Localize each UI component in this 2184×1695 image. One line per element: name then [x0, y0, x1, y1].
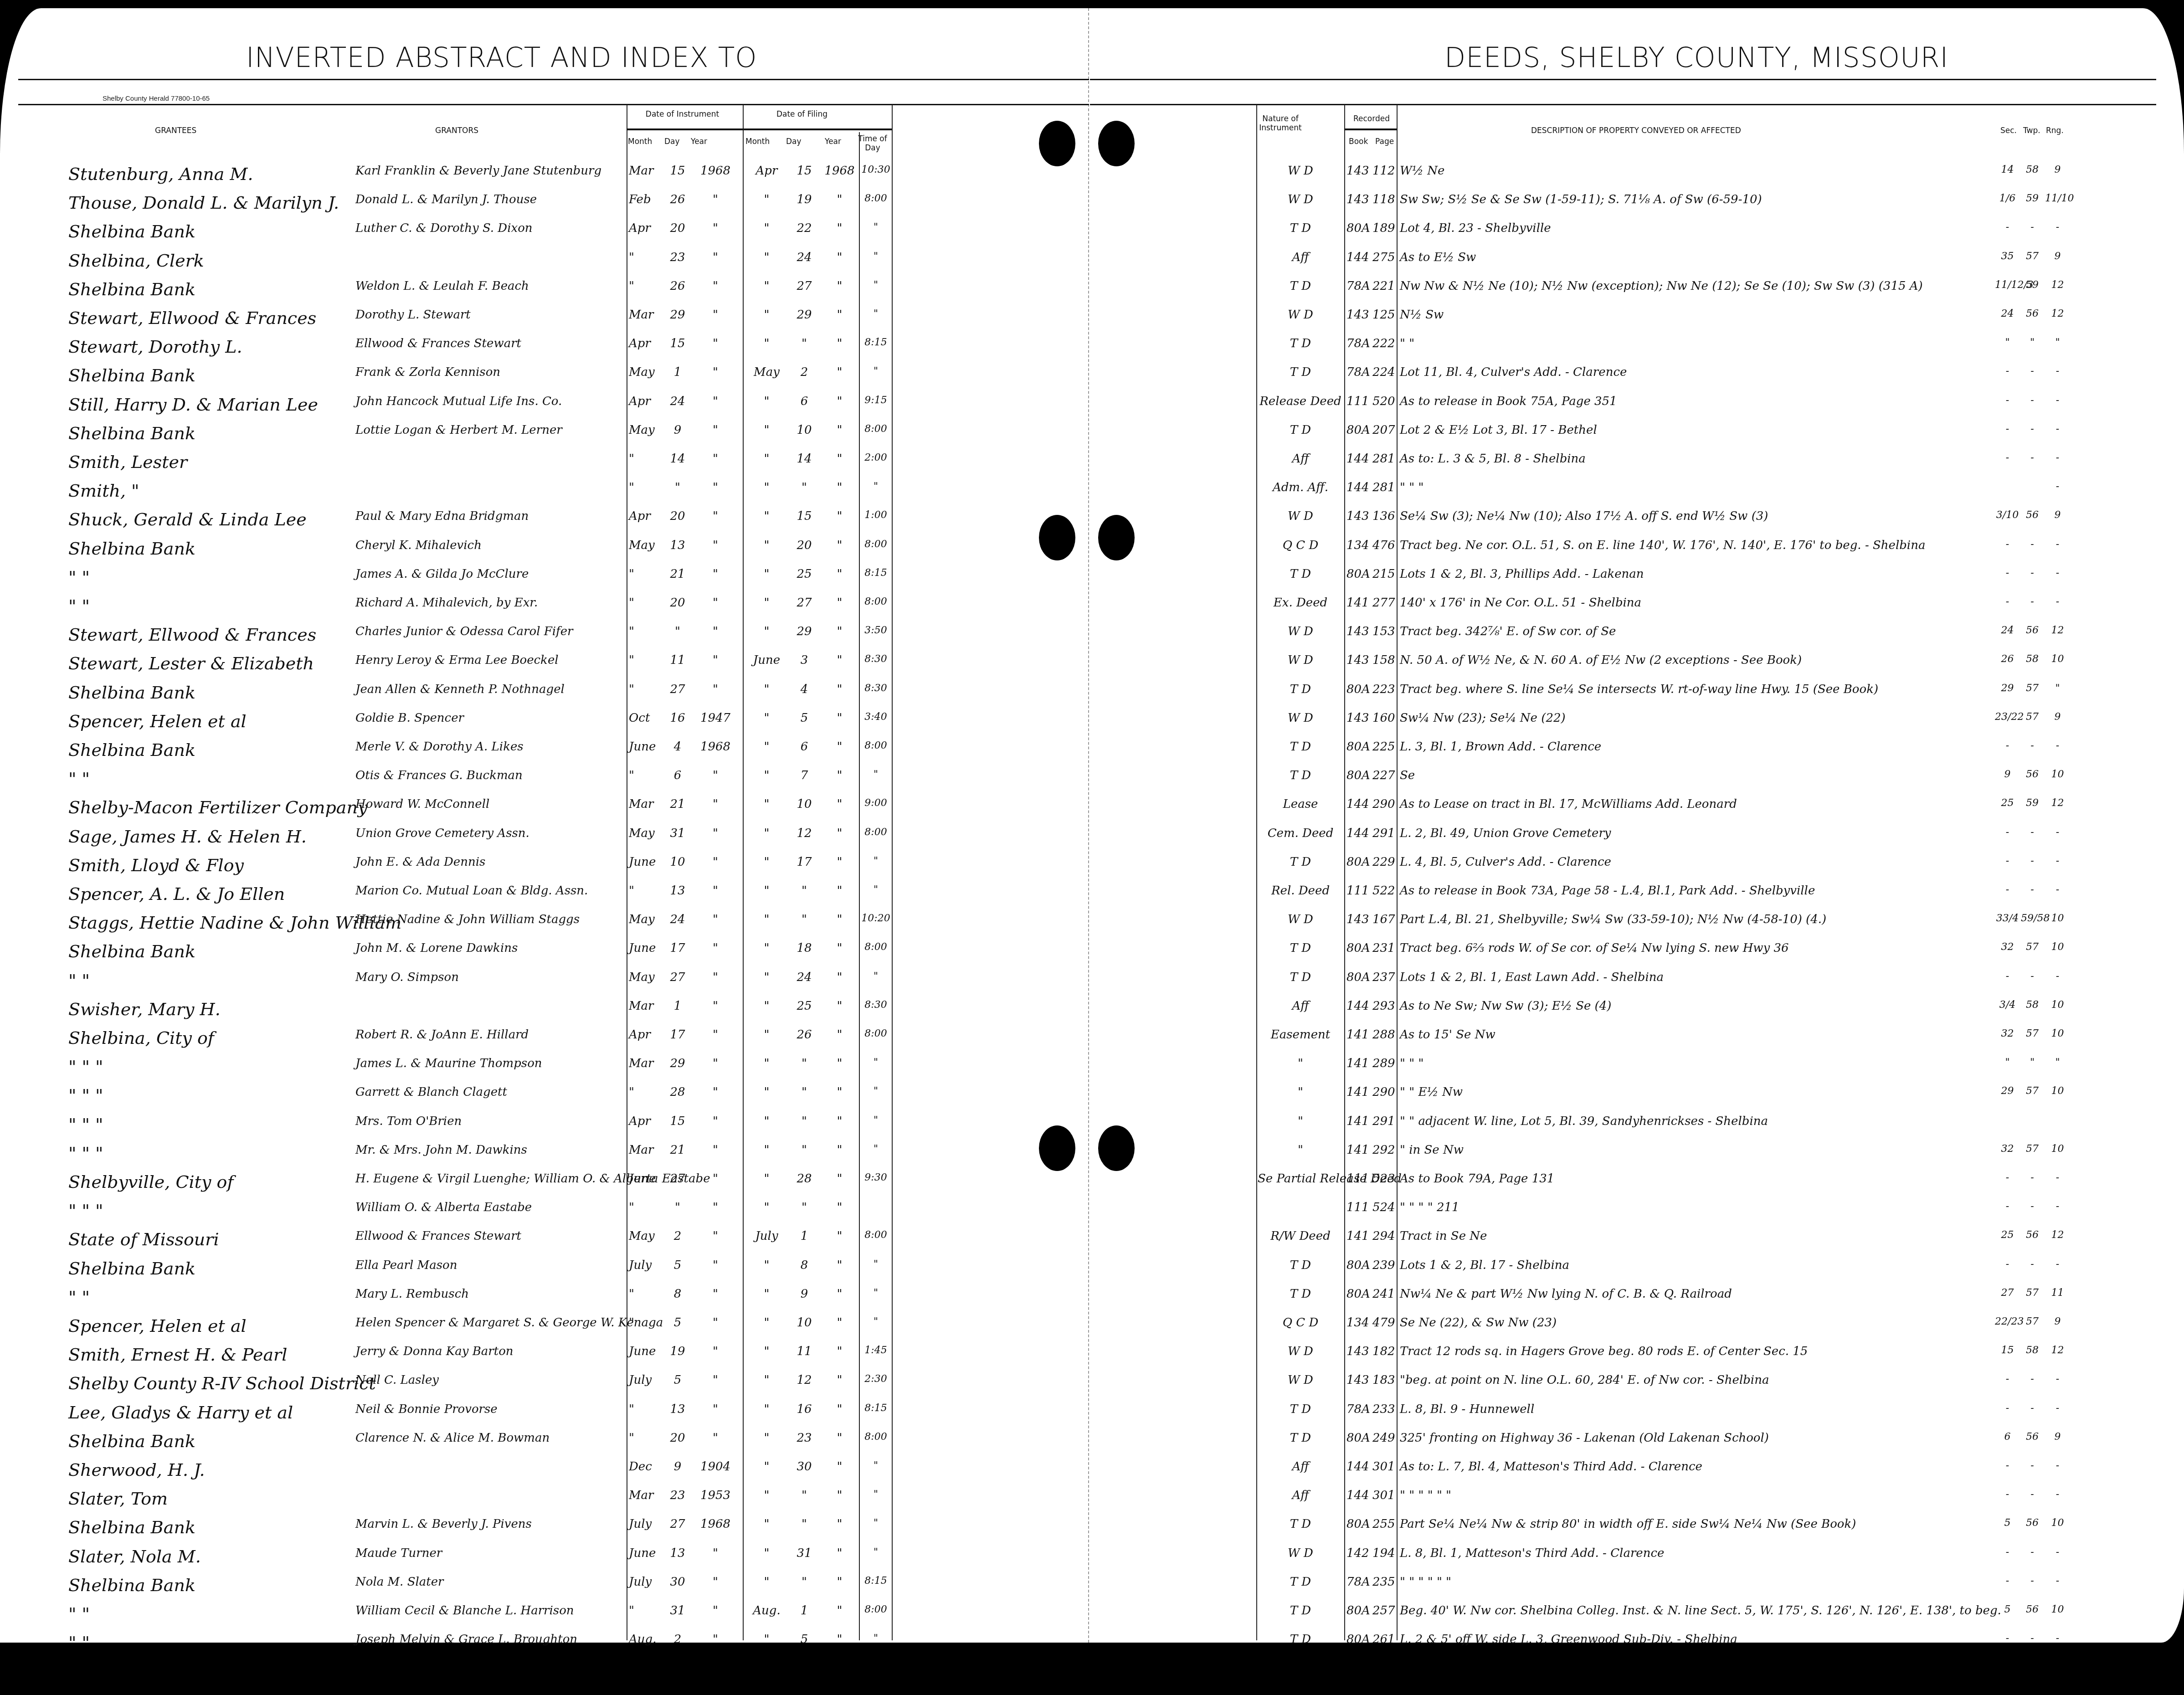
instrument-month-cell: July: [629, 1517, 665, 1531]
filing-year-cell: ": [822, 740, 857, 754]
filing-day-cell: 27: [788, 596, 820, 610]
table-row: Lee, Gladys & Harry et alNeil & Bonnie P…: [0, 1402, 2184, 1430]
nature-of-instrument-cell: Easement: [1258, 1028, 1343, 1042]
nature-of-instrument-cell: W D: [1258, 711, 1343, 725]
filing-year-cell: ": [822, 539, 857, 552]
nature-of-instrument-cell: W D: [1258, 653, 1343, 667]
book-cell: 141: [1346, 1085, 1372, 1099]
grantor-cell: Mr. & Mrs. John M. Dawkins: [355, 1143, 627, 1157]
description-cell: N. 50 A. of W½ Ne, & N. 60 A. of E½ Nw (…: [1400, 653, 1992, 667]
instrument-day-cell: 27: [666, 971, 689, 984]
filing-month-cell: ": [747, 1460, 786, 1474]
col-header-grantees: GRANTEES: [155, 127, 196, 136]
grantee-cell: Still, Harry D. & Marian Lee: [68, 395, 351, 415]
filing-day-cell: 25: [788, 567, 820, 581]
book-cell: 141: [1346, 596, 1372, 610]
table-row: Shelbina BankNola M. SlaterJuly30""""8:1…: [0, 1575, 2184, 1603]
time-of-day-cell: ": [860, 481, 891, 492]
township-cell: -: [2021, 1172, 2044, 1183]
instrument-day-cell: 13: [666, 884, 689, 898]
description-cell: As to release in Book 75A, Page 351: [1400, 395, 1992, 408]
grantee-cell: State of Missouri: [68, 1229, 351, 1249]
filing-day-cell: 15: [788, 164, 820, 178]
instrument-month-cell: Mar: [629, 797, 665, 811]
filing-year-cell: 1968: [822, 164, 857, 178]
filing-year-cell: ": [822, 653, 857, 667]
book-cell: 111: [1346, 1201, 1372, 1214]
book-cell: 141: [1346, 1143, 1372, 1157]
instrument-year-cell: ": [690, 337, 740, 350]
description-cell: W½ Ne: [1400, 164, 1992, 178]
nature-of-instrument-cell: T D: [1258, 1402, 1343, 1416]
time-of-day-cell: ": [860, 1517, 891, 1529]
book-cell: 134: [1346, 539, 1372, 552]
grantee-cell: Spencer, Helen et al: [68, 711, 351, 731]
book-cell: 80A: [1346, 971, 1372, 984]
col-header-date-of-instrument: Date of Instrument: [631, 110, 734, 119]
left-page-title: INVERTED ABSTRACT AND INDEX TO: [246, 42, 757, 74]
instrument-month-cell: June: [629, 855, 665, 869]
book-cell: 143: [1346, 913, 1372, 926]
township-cell: 57: [2021, 1085, 2044, 1097]
instrument-day-cell: 9: [666, 1460, 689, 1474]
grantor-cell: Joseph Melvin & Grace L. Broughton: [355, 1633, 627, 1646]
section-cell: -: [1995, 855, 2020, 867]
table-row: Shelbina BankJohn M. & Lorene DawkinsJun…: [0, 941, 2184, 969]
grantor-cell: Otis & Frances G. Buckman: [355, 769, 627, 782]
township-cell: -: [2021, 365, 2044, 377]
filing-day-cell: 12: [788, 1373, 820, 1387]
description-cell: Nw Nw & N½ Ne (10); N½ Nw (exception); N…: [1400, 279, 1992, 293]
table-row: Shelbina BankWeldon L. & Leulah F. Beach…: [0, 279, 2184, 307]
grantee-cell: Stewart, Ellwood & Frances: [68, 625, 351, 645]
page-cell: 118: [1372, 193, 1396, 206]
township-cell: -: [2021, 395, 2044, 406]
table-row: Stewart, Ellwood & FrancesCharles Junior…: [0, 625, 2184, 652]
grantee-cell: Shuck, Gerald & Linda Lee: [68, 509, 351, 529]
filing-month-cell: ": [747, 423, 786, 437]
instrument-day-cell: 20: [666, 509, 689, 523]
instrument-day-cell: 31: [666, 1604, 689, 1618]
table-row: Shelbina BankCheryl K. MihalevichMay13""…: [0, 539, 2184, 566]
filing-year-cell: ": [822, 251, 857, 264]
nature-of-instrument-cell: W D: [1258, 193, 1343, 206]
township-cell: 58: [2021, 164, 2044, 175]
instrument-year-cell: ": [690, 539, 740, 552]
instrument-day-cell: 23: [666, 251, 689, 264]
section-cell: 25: [1995, 1229, 2020, 1241]
description-cell: Tract beg. 342⅞' E. of Sw cor. of Se: [1400, 625, 1992, 638]
range-cell: 10: [2045, 999, 2070, 1011]
table-row: Shelbina BankClarence N. & Alice M. Bowm…: [0, 1431, 2184, 1459]
page-cell: 301: [1372, 1489, 1396, 1502]
time-of-day-cell: ": [860, 308, 891, 319]
description-cell: Lots 1 & 2, Bl. 1, East Lawn Add. - Shel…: [1400, 971, 1992, 984]
header-top-rule-left: [18, 104, 1089, 105]
filing-day-cell: 12: [788, 827, 820, 840]
filing-month-cell: ": [747, 683, 786, 696]
filing-day-cell: 10: [788, 797, 820, 811]
range-cell: -: [2045, 423, 2070, 435]
section-cell: 11/12/3: [1995, 279, 2020, 291]
grantee-cell: Shelbina Bank: [68, 365, 351, 385]
filing-month-cell: ": [747, 395, 786, 408]
instrument-month-cell: Apr: [629, 395, 665, 408]
grantor-cell: Helen Spencer & Margaret S. & George W. …: [355, 1316, 627, 1330]
instrument-month-cell: ": [629, 279, 665, 293]
instrument-year-cell: ": [690, 625, 740, 638]
instrument-day-cell: 16: [666, 711, 689, 725]
range-cell: 12: [2045, 1345, 2070, 1356]
description-cell: " " E½ Nw: [1400, 1085, 1992, 1099]
time-of-day-cell: ": [860, 1143, 891, 1155]
grantee-cell: Shelbyville, City of: [68, 1172, 351, 1192]
filing-month-cell: ": [747, 539, 786, 552]
instrument-year-cell: ": [690, 1143, 740, 1157]
filing-year-cell: ": [822, 1575, 857, 1589]
filing-year-cell: ": [822, 1057, 857, 1070]
instrument-year-cell: ": [690, 1373, 740, 1387]
grantee-cell: " " ": [68, 1115, 351, 1135]
filing-month-cell: May: [747, 365, 786, 379]
instrument-year-cell: 1968: [690, 1517, 740, 1531]
filing-year-cell: ": [822, 279, 857, 293]
table-row: " "Otis & Frances G. Buckman"6""7""T D80…: [0, 769, 2184, 796]
page-cell: 112: [1372, 164, 1396, 178]
grantee-cell: Smith, Lester: [68, 452, 351, 472]
grantor-cell: Maude Turner: [355, 1546, 627, 1560]
description-cell: Lot 2 & E½ Lot 3, Bl. 17 - Bethel: [1400, 423, 1992, 437]
page-cell: 524: [1372, 1201, 1396, 1214]
table-row: Stewart, Ellwood & FrancesDorothy L. Ste…: [0, 308, 2184, 335]
page-cell: 249: [1372, 1431, 1396, 1445]
instrument-month-cell: Apr: [629, 221, 665, 235]
section-cell: 3/4: [1995, 999, 2020, 1011]
nature-of-instrument-cell: Aff: [1258, 1460, 1343, 1474]
date-header-divider: [627, 128, 892, 130]
filing-day-cell: ": [788, 1201, 820, 1214]
grantor-cell: William Cecil & Blanche L. Harrison: [355, 1604, 627, 1618]
range-cell: 12: [2045, 1229, 2070, 1241]
filing-year-cell: ": [822, 1633, 857, 1646]
instrument-month-cell: July: [629, 1373, 665, 1387]
township-cell: -: [2021, 1258, 2044, 1270]
section-cell: -: [1995, 596, 2020, 607]
range-cell: -: [2045, 365, 2070, 377]
table-row: State of MissouriEllwood & Frances Stewa…: [0, 1229, 2184, 1257]
filing-year-cell: ": [822, 221, 857, 235]
instrument-year-cell: ": [690, 827, 740, 840]
section-cell: -: [1995, 567, 2020, 579]
township-cell: 57: [2021, 683, 2044, 694]
range-cell: -: [2045, 539, 2070, 550]
instrument-day-cell: 29: [666, 1057, 689, 1070]
filing-year-cell: ": [822, 1028, 857, 1042]
time-of-day-cell: ": [860, 1489, 891, 1500]
instrument-day-cell: 27: [666, 1172, 689, 1186]
township-cell: -: [2021, 1575, 2044, 1587]
range-cell: 12: [2045, 279, 2070, 291]
township-cell: -: [2021, 1546, 2044, 1558]
book-cell: 111: [1346, 395, 1372, 408]
filing-year-cell: ": [822, 971, 857, 984]
grantor-cell: Donald L. & Marilyn J. Thouse: [355, 193, 627, 206]
time-of-day-cell: ": [860, 1316, 891, 1327]
instrument-year-cell: ": [690, 193, 740, 206]
range-cell: -: [2045, 481, 2070, 492]
time-of-day-cell: 2:30: [860, 1373, 891, 1385]
description-cell: Part Se¼ Ne¼ Nw & strip 80' in width off…: [1400, 1517, 1992, 1531]
grantor-cell: Jean Allen & Kenneth P. Nothnagel: [355, 683, 627, 696]
filing-year-cell: ": [822, 423, 857, 437]
description-cell: Tract 12 rods sq. in Hagers Grove beg. 8…: [1400, 1345, 1992, 1358]
time-of-day-cell: 8:00: [860, 596, 891, 607]
filing-day-cell: 4: [788, 683, 820, 696]
header-top-rule-right: [1090, 104, 2156, 105]
range-cell: -: [2045, 1402, 2070, 1414]
instrument-month-cell: Apr: [629, 1115, 665, 1128]
range-cell: 11: [2045, 1287, 2070, 1299]
instrument-month-cell: Mar: [629, 308, 665, 322]
time-of-day-cell: 8:00: [860, 941, 891, 953]
filing-year-cell: ": [822, 337, 857, 350]
filing-year-cell: ": [822, 1085, 857, 1099]
grantee-cell: Shelbina Bank: [68, 423, 351, 443]
grantor-cell: Cheryl K. Mihalevich: [355, 539, 627, 552]
instrument-month-cell: May: [629, 971, 665, 984]
time-of-day-cell: ": [860, 1258, 891, 1270]
book-cell: 143: [1346, 509, 1372, 523]
nature-of-instrument-cell: T D: [1258, 683, 1343, 696]
filing-year-cell: ": [822, 1345, 857, 1358]
table-row: " "James A. & Gilda Jo McClure"21""25"8:…: [0, 567, 2184, 595]
filing-day-cell: 1: [788, 1229, 820, 1243]
grantee-cell: " " ": [68, 1085, 351, 1105]
instrument-year-cell: ": [690, 279, 740, 293]
grantee-cell: Stutenburg, Anna M.: [68, 164, 351, 184]
instrument-day-cell: 2: [666, 1633, 689, 1646]
township-cell: 58: [2021, 1345, 2044, 1356]
page-cell: 293: [1372, 999, 1396, 1013]
section-cell: -: [1995, 1402, 2020, 1414]
instrument-month-cell: Apr: [629, 337, 665, 350]
filing-year-cell: ": [822, 567, 857, 581]
instrument-day-cell: 20: [666, 596, 689, 610]
table-row: Shelby-Macon Fertilizer CompanyHoward W.…: [0, 797, 2184, 825]
township-cell: -: [2021, 1489, 2044, 1500]
book-cell: 141: [1346, 1229, 1372, 1243]
instrument-day-cell: 21: [666, 567, 689, 581]
col-header-filing-month: Month: [745, 138, 770, 147]
grantor-cell: Weldon L. & Leulah F. Beach: [355, 279, 627, 293]
book-cell: 144: [1346, 827, 1372, 840]
table-row: Thouse, Donald L. & Marilyn J.Donald L. …: [0, 193, 2184, 220]
grantee-cell: " " ": [68, 1201, 351, 1221]
grantor-cell: Jerry & Donna Kay Barton: [355, 1345, 627, 1358]
filing-year-cell: ": [822, 1316, 857, 1330]
range-cell: -: [2045, 740, 2070, 751]
book-cell: 141: [1346, 1115, 1372, 1128]
table-row: Spencer, A. L. & Jo EllenMarion Co. Mutu…: [0, 884, 2184, 911]
grantor-cell: Garrett & Blanch Clagett: [355, 1085, 627, 1099]
grantor-cell: Mary L. Rembusch: [355, 1287, 627, 1301]
instrument-year-cell: ": [690, 941, 740, 955]
filing-month-cell: ": [747, 279, 786, 293]
instrument-month-cell: ": [629, 625, 665, 638]
grantee-cell: Slater, Tom: [68, 1489, 351, 1509]
filing-year-cell: ": [822, 1431, 857, 1445]
description-cell: Sw¼ Nw (23); Se¼ Ne (22): [1400, 711, 1992, 725]
instrument-day-cell: 26: [666, 279, 689, 293]
instrument-year-cell: ": [690, 1115, 740, 1128]
instrument-day-cell: 1: [666, 365, 689, 379]
grantee-cell: Shelbina, Clerk: [68, 251, 351, 271]
description-cell: " " " " 211: [1400, 1201, 1992, 1214]
filing-month-cell: ": [747, 1287, 786, 1301]
section-cell: -: [1995, 827, 2020, 838]
description-cell: As to Ne Sw; Nw Sw (3); E½ Se (4): [1400, 999, 1992, 1013]
binder-hole: [1039, 121, 1075, 166]
book-cell: 80A: [1346, 567, 1372, 581]
nature-of-instrument-cell: Q C D: [1258, 1316, 1343, 1330]
book-cell: 78A: [1346, 337, 1372, 350]
range-cell: -: [2045, 1460, 2070, 1471]
grantor-cell: James A. & Gilda Jo McClure: [355, 567, 627, 581]
instrument-day-cell: 14: [666, 452, 689, 466]
instrument-day-cell: 13: [666, 1402, 689, 1416]
book-cell: 144: [1346, 797, 1372, 811]
grantee-cell: Slater, Nola M.: [68, 1546, 351, 1567]
time-of-day-cell: ": [860, 221, 891, 233]
township-cell: 57: [2021, 251, 2044, 262]
book-cell: 80A: [1346, 1431, 1372, 1445]
instrument-month-cell: May: [629, 1229, 665, 1243]
range-cell: 9: [2045, 164, 2070, 175]
filing-month-cell: ": [747, 1085, 786, 1099]
instrument-month-cell: June: [629, 941, 665, 955]
filing-day-cell: 5: [788, 1633, 820, 1646]
grantor-cell: Howard W. McConnell: [355, 797, 627, 811]
page-cell: 153: [1372, 625, 1396, 638]
range-cell: 11/10: [2045, 193, 2070, 204]
range-cell: -: [2045, 827, 2070, 838]
range-cell: ": [2045, 337, 2070, 348]
instrument-month-cell: May: [629, 913, 665, 926]
table-row: Still, Harry D. & Marian LeeJohn Hancock…: [0, 395, 2184, 422]
township-cell: 57: [2021, 711, 2044, 723]
grantee-cell: Stewart, Lester & Elizabeth: [68, 653, 351, 673]
nature-of-instrument-cell: ": [1258, 1085, 1343, 1099]
township-cell: 59: [2021, 797, 2044, 809]
range-cell: 10: [2045, 1143, 2070, 1155]
instrument-year-cell: ": [690, 1287, 740, 1301]
instrument-day-cell: 28: [666, 1085, 689, 1099]
range-cell: 9: [2045, 1431, 2070, 1443]
instrument-month-cell: ": [629, 1085, 665, 1099]
nature-of-instrument-cell: W D: [1258, 913, 1343, 926]
book-cell: 80A: [1346, 221, 1372, 235]
range-cell: ": [2045, 1057, 2070, 1068]
section-cell: ": [1995, 337, 2020, 348]
instrument-month-cell: Mar: [629, 164, 665, 178]
nature-of-instrument-cell: T D: [1258, 423, 1343, 437]
instrument-month-cell: ": [629, 596, 665, 610]
filing-day-cell: 29: [788, 308, 820, 322]
time-of-day-cell: ": [860, 1460, 891, 1471]
township-cell: 56: [2021, 625, 2044, 636]
section-cell: -: [1995, 1633, 2020, 1644]
range-cell: -: [2045, 395, 2070, 406]
instrument-year-cell: ": [690, 308, 740, 322]
township-cell: 56: [2021, 1229, 2044, 1241]
grantee-cell: Sage, James H. & Helen H.: [68, 827, 351, 847]
instrument-day-cell: 21: [666, 797, 689, 811]
time-of-day-cell: 9:30: [860, 1172, 891, 1183]
filing-month-cell: ": [747, 1489, 786, 1502]
description-cell: " " adjacent W. line, Lot 5, Bl. 39, San…: [1400, 1115, 1992, 1128]
filing-month-cell: ": [747, 1316, 786, 1330]
township-cell: 56: [2021, 509, 2044, 521]
time-of-day-cell: 8:00: [860, 539, 891, 550]
book-cell: 111: [1346, 884, 1372, 898]
time-of-day-cell: ": [860, 365, 891, 377]
township-cell: -: [2021, 539, 2044, 550]
instrument-month-cell: Feb: [629, 193, 665, 206]
description-cell: Se¼ Sw (3); Ne¼ Nw (10); Also 17½ A. off…: [1400, 509, 1992, 523]
instrument-day-cell: ": [666, 625, 689, 638]
description-cell: Lots 1 & 2, Bl. 17 - Shelbina: [1400, 1258, 1992, 1272]
range-cell: 9: [2045, 1316, 2070, 1327]
grantee-cell: Shelbina Bank: [68, 1258, 351, 1279]
grantor-cell: Paul & Mary Edna Bridgman: [355, 509, 627, 523]
time-of-day-cell: 8:00: [860, 1431, 891, 1443]
filing-year-cell: ": [822, 1546, 857, 1560]
section-cell: 1/6: [1995, 193, 2020, 204]
filing-year-cell: ": [822, 711, 857, 725]
nature-of-instrument-cell: Rel. Deed: [1258, 884, 1343, 898]
township-cell: 59: [2021, 279, 2044, 291]
filing-year-cell: ": [822, 1373, 857, 1387]
col-header-time-of-day: Time of Day: [857, 135, 889, 153]
description-cell: N½ Sw: [1400, 308, 1992, 322]
filing-day-cell: ": [788, 1517, 820, 1531]
filing-day-cell: 1: [788, 1604, 820, 1618]
township-cell: -: [2021, 567, 2044, 579]
book-cell: 143: [1346, 1373, 1372, 1387]
nature-of-instrument-cell: Adm. Aff.: [1258, 481, 1343, 494]
filing-day-cell: 3: [788, 653, 820, 667]
grantee-cell: Lee, Gladys & Harry et al: [68, 1402, 351, 1423]
time-of-day-cell: 8:00: [860, 1028, 891, 1039]
filing-day-cell: 26: [788, 1028, 820, 1042]
filing-month-cell: ": [747, 221, 786, 235]
col-header-instrument-year: Year: [691, 138, 707, 147]
col-header-book: Book: [1349, 138, 1368, 147]
instrument-year-cell: ": [690, 1201, 740, 1214]
filing-month-cell: Aug.: [747, 1604, 786, 1618]
grantee-cell: Shelbina Bank: [68, 221, 351, 241]
filing-year-cell: ": [822, 596, 857, 610]
grantor-cell: Robert R. & JoAnn E. Hillard: [355, 1028, 627, 1042]
nature-of-instrument-cell: T D: [1258, 1604, 1343, 1618]
page-cell: 229: [1372, 855, 1396, 869]
range-cell: -: [2045, 1258, 2070, 1270]
book-cell: 141: [1346, 1057, 1372, 1070]
page-cell: 233: [1372, 1402, 1396, 1416]
township-cell: -: [2021, 423, 2044, 435]
filing-month-cell: Apr: [747, 164, 786, 178]
instrument-day-cell: 13: [666, 1546, 689, 1560]
